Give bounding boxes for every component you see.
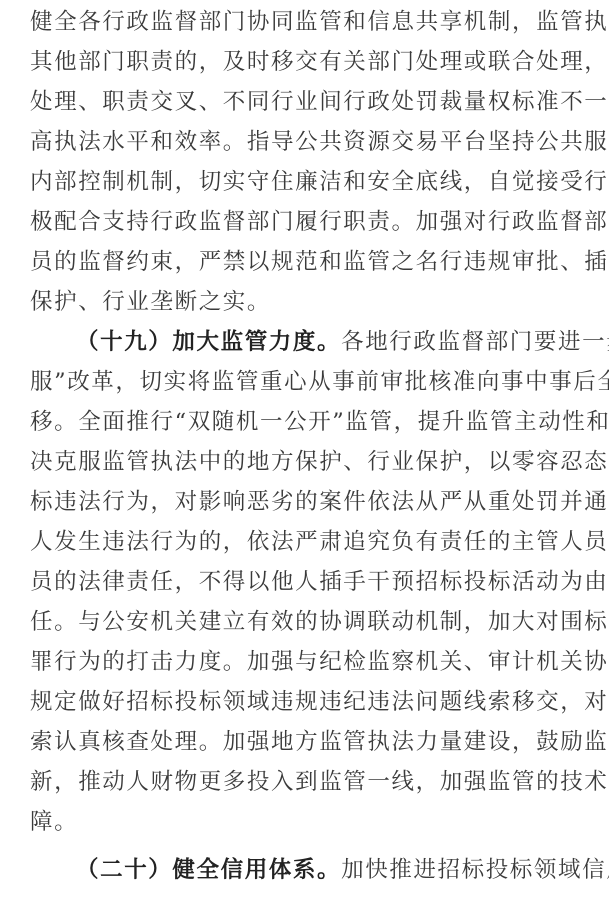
- paragraph-line: 健全各行政监督部门协同监管和信息共享机制，监管执法过程中涉及: [30, 2, 609, 42]
- section-heading-19: （十九）加大监管力度。: [76, 329, 341, 355]
- paragraph-line: 高执法水平和效率。指导公共资源交易平台坚持公共服务定位，健全: [30, 122, 609, 162]
- section-heading-20: （二十）健全信用体系。: [76, 857, 341, 883]
- paragraph-line: 保护、行业垄断之实。: [30, 282, 271, 322]
- paragraph-line: 处理、职责交叉、不同行业间行政处罚裁量权标准不一致等问题，提: [30, 82, 609, 122]
- paragraph-line: 新，推动人财物更多投入到监管一线，加强监管的技术保障和资源保: [30, 762, 609, 802]
- paragraph-line: 障。: [30, 802, 78, 842]
- paragraph-text: 加快推进招标投标领域信用体系建设，: [341, 857, 609, 883]
- paragraph-text: 各地行政监督部门要进一步深化“放管: [341, 329, 609, 355]
- paragraph-line: 罪行为的打击力度。加强与纪检监察机关、审计机关协作配合，按照: [30, 642, 609, 682]
- paragraph-line: 其他部门职责的，及时移交有关部门处理或联合处理，着力解决多头: [30, 42, 609, 82]
- paragraph-first-line: （十九）加大监管力度。各地行政监督部门要进一步深化“放管: [76, 322, 609, 362]
- paragraph-line: 人发生违法行为的，依法严肃追究负有责任的主管人员和直接责任人: [30, 522, 609, 562]
- paragraph-line: 规定做好招标投标领域违规违纪违法问题线索移交，对收到的问题线: [30, 682, 609, 722]
- paragraph-line: 移。全面推行“双随机一公开”监管，提升监管主动性和覆盖面。坚: [30, 402, 609, 442]
- paragraph-line: 服”改革，切实将监管重心从事前审批核准向事中事后全程监管转: [30, 362, 609, 402]
- paragraph-line: 决克服监管执法中的地方保护、行业保护，以零容忍态度打击招标投: [30, 442, 609, 482]
- paragraph-line: 索认真核查处理。加强地方监管执法力量建设，鼓励监管体制改革创: [30, 722, 609, 762]
- paragraph-line: 任。与公安机关建立有效的协调联动机制，加大对围标串标等违法犯: [30, 602, 609, 642]
- paragraph-line: 员的监督约束，严禁以规范和监管之名行违规审批、插手干预、地方: [30, 242, 609, 282]
- paragraph-line: 员的法律责任，不得以他人插手干预招标投标活动为由减轻或免除责: [30, 562, 609, 602]
- paragraph-first-line: （二十）健全信用体系。加快推进招标投标领域信用体系建设，: [76, 850, 609, 890]
- paragraph-line: 内部控制机制，切实守住廉洁和安全底线，自觉接受行政监督，并积: [30, 162, 609, 202]
- paragraph-line: 标违法行为，对影响恶劣的案件依法从严从重处罚并通报曝光。招标: [30, 482, 609, 522]
- paragraph-line: 极配合支持行政监督部门履行职责。加强对行政监督部门及其工作人: [30, 202, 609, 242]
